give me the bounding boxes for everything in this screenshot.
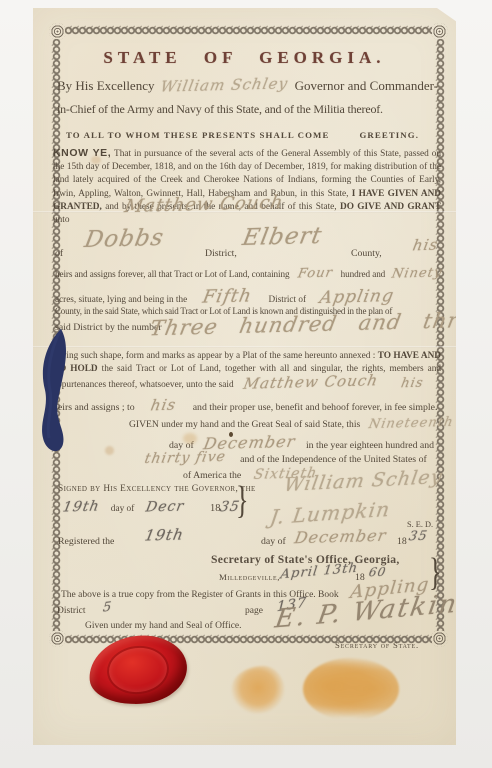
secretary-of-state-title: Secretary of State.	[335, 640, 419, 650]
ink-fleck	[229, 432, 233, 437]
ribbon	[34, 326, 76, 460]
preamble-line-1: By His Excellency William Schley Governo…	[57, 76, 438, 94]
land-district-handwritten: Fifth	[201, 285, 254, 307]
given-seal-line: Given under my hand and Seal of Office.	[85, 621, 242, 631]
signed-block-brace: }	[236, 479, 248, 524]
given-day-handwritten: Nineteenth	[367, 415, 454, 432]
america-text: of America the	[183, 470, 241, 481]
registered-month-handwritten: December	[293, 526, 388, 547]
document-title: STATE OF GEORGIA.	[33, 48, 456, 68]
stain-right	[303, 658, 399, 720]
governor-name-handwritten: William Schley	[159, 74, 290, 95]
know-ye-lead: KNOW YE,	[53, 147, 111, 159]
given-line-1: GIVEN under my hand and the Great Seal o…	[129, 416, 453, 431]
registered-year-handwritten: 35	[408, 529, 429, 544]
county-label: County,	[351, 248, 382, 259]
given-line-3: thirty five and of the Independence of t…	[145, 450, 427, 466]
hundred-and-text: hundred and	[341, 269, 386, 279]
district-label: District,	[205, 248, 237, 259]
greeting-text: GREETING.	[359, 130, 419, 140]
governor-title-1: Governor and Commander-	[295, 78, 438, 94]
stain-left	[231, 666, 285, 714]
salutation-line: TO ALL TO WHOM THESE PRESENTS SHALL COME…	[66, 130, 419, 140]
of-label: of	[55, 248, 63, 259]
signed-month-handwritten: Decr	[144, 499, 185, 516]
registered-label: Registered the	[58, 536, 114, 547]
district-of-text: District of	[269, 294, 307, 304]
fee-line-end: and their proper use, benefit and behoof…	[193, 402, 438, 413]
residence-district-handwritten: Dobbs	[82, 225, 166, 253]
by-his-excellency: By His Excellency	[57, 78, 154, 94]
grantee-name-handwritten-2: Matthew Couch	[242, 374, 379, 390]
pronoun-handwritten-2: his	[400, 377, 425, 390]
registered-day-handwritten: 19th	[143, 525, 185, 544]
given-text: GIVEN under my hand and the Great Seal o…	[129, 419, 360, 430]
acres-situate-line: acres, situate, lying and being in the F…	[55, 286, 394, 307]
know-ye-paragraph: KNOW YE, That in pursuance of the severa…	[53, 147, 441, 227]
heirs-line-text: heirs and assigns forever, all that Trac…	[55, 269, 289, 279]
heirs-acreage-line: heirs and assigns forever, all that Trac…	[55, 266, 443, 281]
paper-spot	[105, 446, 114, 455]
signed-day-of: day of	[111, 504, 135, 514]
know-ye-body-3: unto	[53, 215, 70, 225]
office-year-handwritten: 60	[368, 565, 388, 579]
district-row-label: District	[57, 606, 86, 616]
pronoun-handwritten: his	[411, 236, 440, 255]
registered-year-print: 18	[397, 536, 407, 547]
border-corner-rosette	[431, 23, 448, 40]
residence-county-handwritten: Elbert	[240, 223, 324, 251]
border-corner-rosette	[49, 23, 66, 40]
to-all-text: TO ALL TO WHOM THESE PRESENTS SHALL COME	[66, 130, 329, 140]
fee-simple-line: heirs and assigns ; to his and their pro…	[53, 396, 437, 414]
given-year-handwritten: thirty five	[143, 449, 227, 467]
border-right	[434, 39, 447, 631]
acres-line-text: acres, situate, lying and being in the	[55, 294, 187, 304]
paper-spot	[183, 433, 197, 444]
document-paper: STATE OF GEORGIA. By His Excellency Will…	[33, 8, 456, 745]
signed-by-line: Signed by His Excellency the Governor, t…	[58, 484, 256, 494]
border-top	[65, 24, 432, 37]
sed-label: S. E. D.	[407, 520, 433, 529]
year-text-2: and of the Independence of the United St…	[240, 454, 427, 465]
fee-pronoun-handwritten: his	[149, 396, 178, 415]
district-number-handwritten: 5	[102, 599, 113, 615]
border-corner-rosette	[49, 630, 66, 647]
grantee-name-handwritten: Matthew Couch	[123, 192, 286, 217]
acres-hundreds-handwritten: Four	[296, 266, 334, 282]
border-corner-rosette	[431, 630, 448, 647]
acres-tens-handwritten: Ninety	[391, 265, 444, 281]
page-label: page	[245, 606, 263, 616]
land-county-handwritten: Appling	[318, 286, 396, 308]
habendum-paragraph: having such shape, form and marks as app…	[53, 350, 441, 391]
paper-crease	[33, 346, 456, 348]
habendum-body-1: having such shape, form and marks as app…	[53, 351, 378, 361]
do-give-grant: DO GIVE AND GRANT	[340, 202, 441, 212]
office-title: Secretary of State's Office, Georgia,	[211, 553, 400, 566]
paper-spot	[91, 156, 101, 164]
preamble-line-2: in-Chief of the Army and Navy of this St…	[57, 102, 383, 117]
milledgeville-label: Milledgeville,	[219, 572, 280, 582]
signed-date-line: 19th day of Decr 1835	[63, 499, 240, 515]
registered-day-of: day of	[261, 536, 286, 547]
signed-day-handwritten: 19th	[61, 499, 101, 516]
